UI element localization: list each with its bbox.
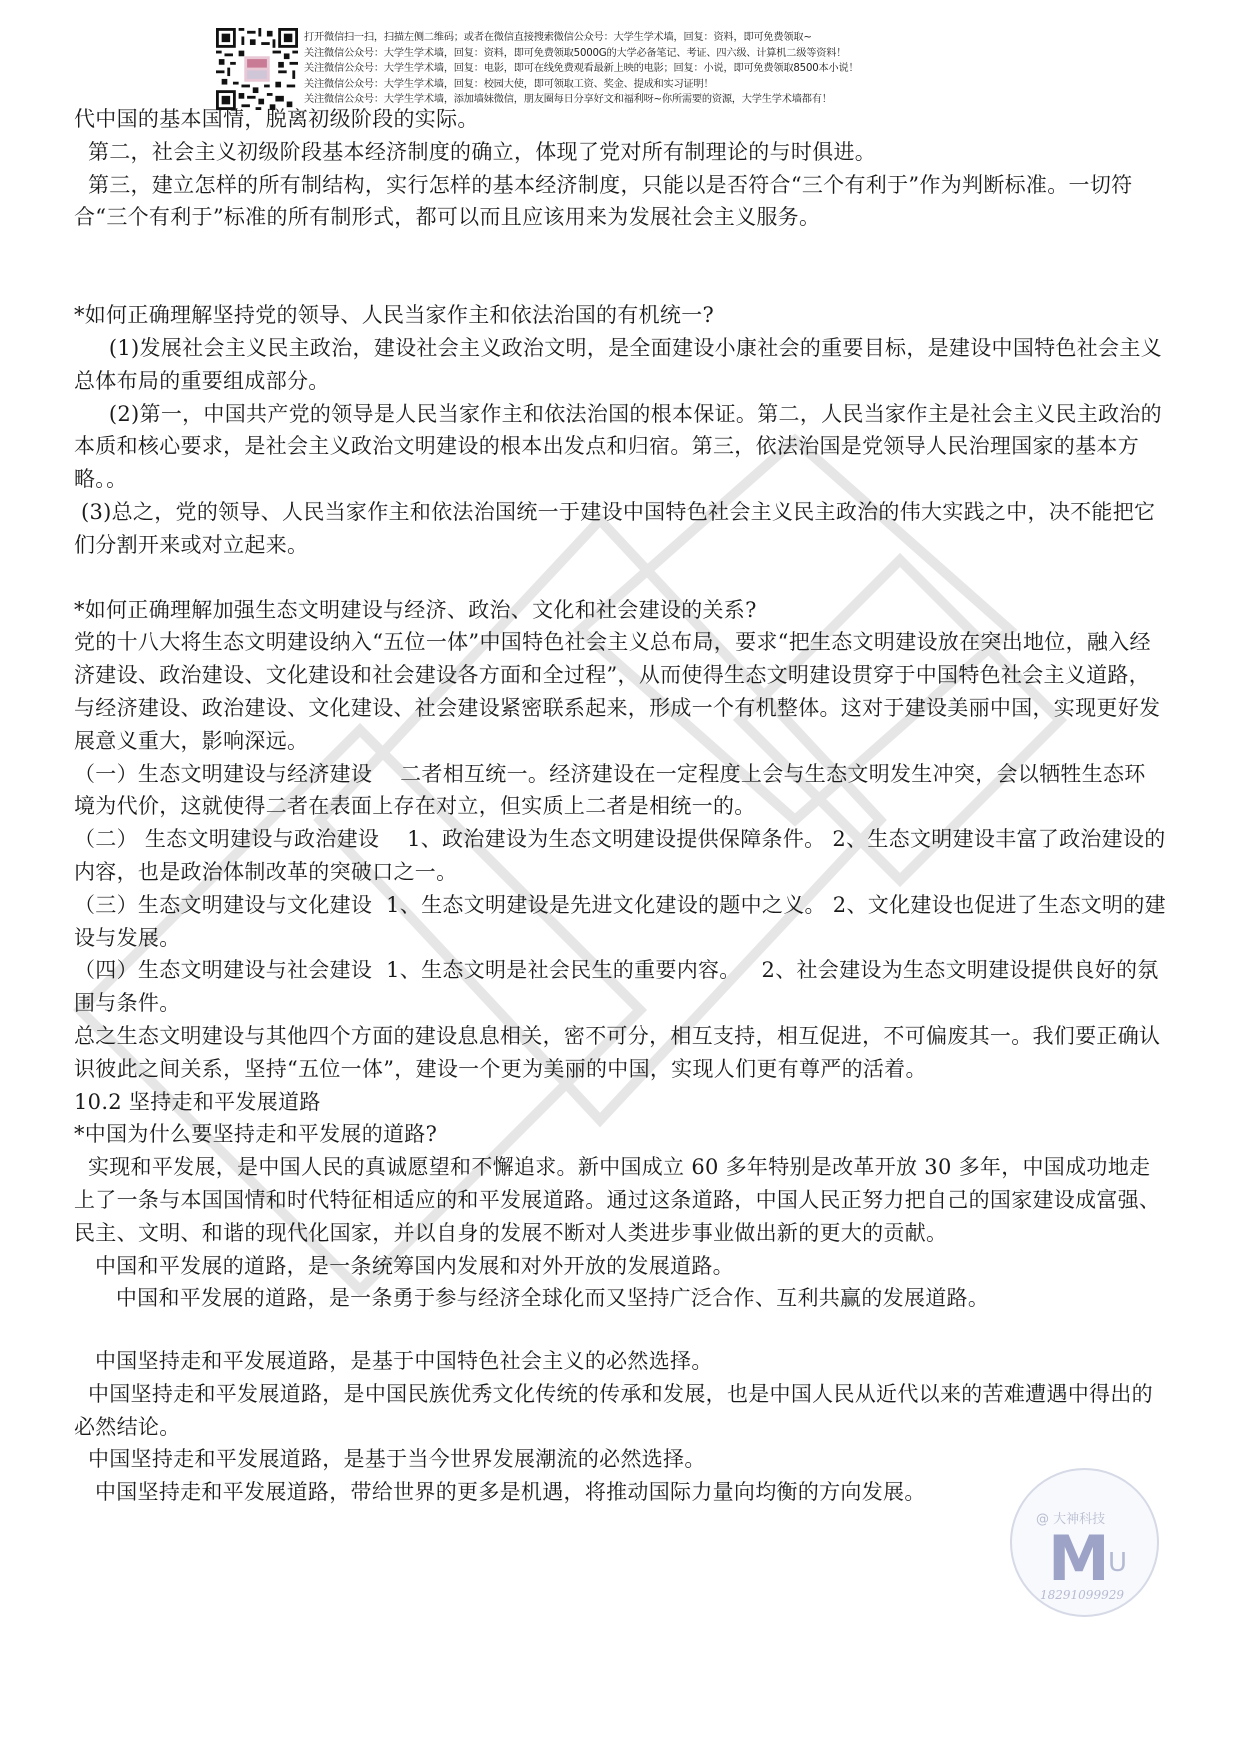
paragraph: （三）生态文明建设与文化建设 1、生态文明建设是先进文化建设的题中之义。 2、文… <box>74 889 1166 955</box>
paragraph: 中国坚持走和平发展道路，是基于当今世界发展潮流的必然选择。 <box>74 1443 1166 1476</box>
paragraph: 党的十八大将生态文明建设纳入“五位一体”中国特色社会主义总布局，要求“把生态文明… <box>74 626 1166 757</box>
stamp-logo-suffix: U <box>1108 1548 1127 1578</box>
paragraph: 代中国的基本国情，脱离初级阶段的实际。 <box>74 103 1166 136</box>
watermark-stamp: @ 大神科技 M U 18291099929 <box>1010 1468 1159 1617</box>
paragraph: 中国坚持走和平发展道路，是基于中国特色社会主义的必然选择。 <box>74 1345 1166 1378</box>
promo-line: 关注微信公众号：大学生学术墙，回复：资料，即可免费领取5000G的大学必备笔记、… <box>304 46 858 62</box>
section-heading: 10.2 坚持走和平发展道路 <box>74 1086 1166 1119</box>
paragraph: （一）生态文明建设与经济建设 二者相互统一。经济建设在一定程度上会与生态文明发生… <box>74 758 1166 824</box>
paragraph: 第三，建立怎样的所有制结构，实行怎样的基本经济制度，只能以是否符合“三个有利于”… <box>74 169 1166 235</box>
document-body: 代中国的基本国情，脱离初级阶段的实际。 第二，社会主义初级阶段基本经济制度的确立… <box>74 103 1166 1509</box>
promo-line: 关注微信公众号：大学生学术墙，回复：电影，即可在线免费观看最新上映的电影；回复：… <box>304 61 858 77</box>
stamp-logo-letter: M <box>1048 1528 1110 1590</box>
qr-code-icon[interactable] <box>216 28 298 110</box>
paragraph: (2)第一，中国共产党的领导是人民当家作主和依法治国的根本保证。第二，人民当家作… <box>74 398 1166 496</box>
paragraph: 实现和平发展，是中国人民的真诚愿望和不懈追求。新中国成立 60 多年特别是改革开… <box>74 1151 1166 1249</box>
paragraph: 中国和平发展的道路，是一条勇于参与经济全球化而又坚持广泛合作、互利共赢的发展道路… <box>74 1282 1166 1315</box>
promo-line: 关注微信公众号：大学生学术墙，回复：校园大使，即可领取工资、奖金、提成和实习证明… <box>304 77 858 93</box>
paragraph: （四）生态文明建设与社会建设 1、生态文明是社会民生的重要内容。 2、社会建设为… <box>74 954 1166 1020</box>
paragraph: 中国和平发展的道路，是一条统筹国内发展和对外开放的发展道路。 <box>74 1250 1166 1283</box>
question-heading: *如何正确理解加强生态文明建设与经济、政治、文化和社会建设的关系? <box>74 594 1166 627</box>
stamp-number: 18291099929 <box>1040 1588 1124 1602</box>
paragraph: 中国坚持走和平发展道路，是中国民族优秀文化传统的传承和发展，也是中国人民从近代以… <box>74 1378 1166 1444</box>
promo-line: 打开微信扫一扫，扫描左侧二维码；或者在微信直接搜索微信公众号：大学生学术墙，回复… <box>304 30 858 46</box>
paragraph: （二） 生态文明建设与政治建设 1、政治建设为生态文明建设提供保障条件。 2、生… <box>74 823 1166 889</box>
promo-text: 打开微信扫一扫，扫描左侧二维码；或者在微信直接搜索微信公众号：大学生学术墙，回复… <box>304 30 858 108</box>
paragraph: (3)总之，党的领导、人民当家作主和依法治国统一于建设中国特色社会主义民主政治的… <box>74 496 1166 562</box>
paragraph: 第二，社会主义初级阶段基本经济制度的确立，体现了党对所有制理论的与时俱进。 <box>74 136 1166 169</box>
paragraph: 中国坚持走和平发展道路，带给世界的更多是机遇，将推动国际力量向均衡的方向发展。 <box>74 1476 1166 1509</box>
paragraph: 总之生态文明建设与其他四个方面的建设息息相关，密不可分，相互支持，相互促进，不可… <box>74 1020 1166 1086</box>
question-heading: *中国为什么要坚持走和平发展的道路? <box>74 1118 1166 1151</box>
question-heading: *如何正确理解坚持党的领导、人民当家作主和依法治国的有机统一? <box>74 299 1166 332</box>
promo-header: 打开微信扫一扫，扫描左侧二维码；或者在微信直接搜索微信公众号：大学生学术墙，回复… <box>216 28 858 112</box>
paragraph: (1)发展社会主义民主政治，建设社会主义政治文明，是全面建设小康社会的重要目标，… <box>74 332 1166 398</box>
